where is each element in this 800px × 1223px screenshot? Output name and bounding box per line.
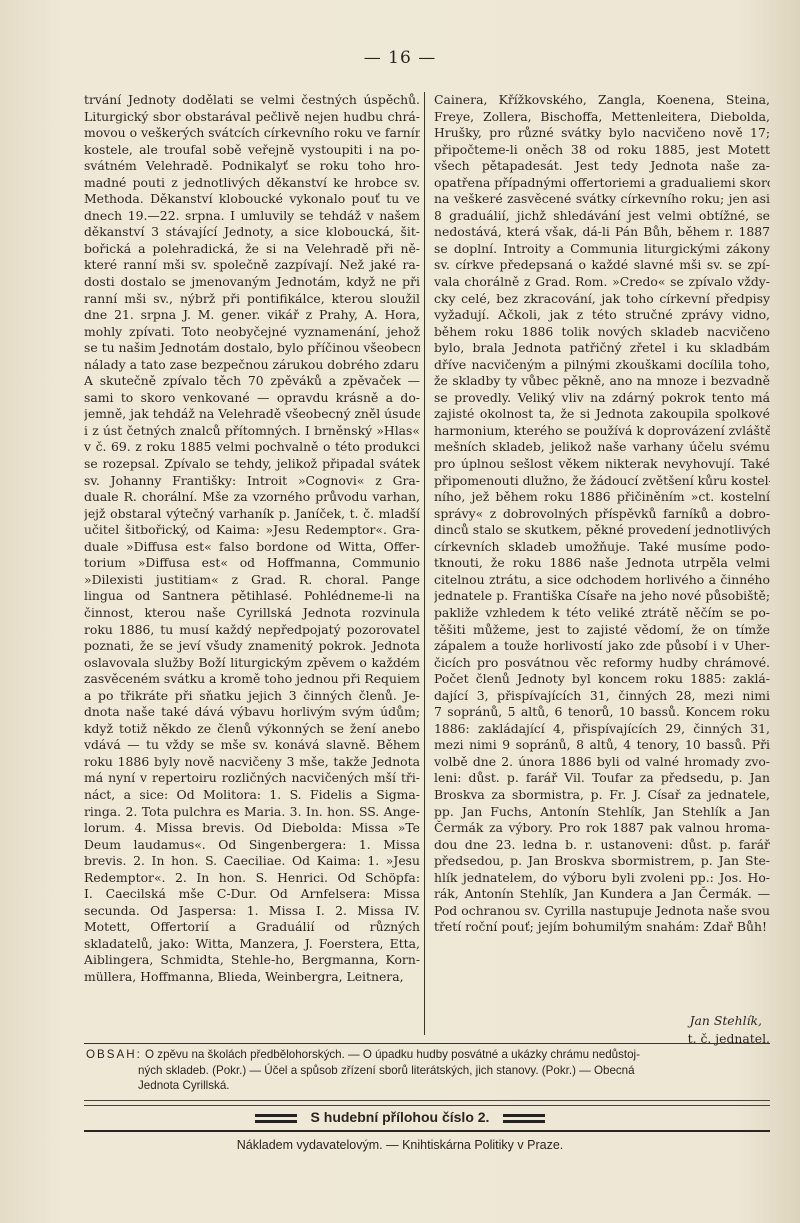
text-line: kostele, ale troufal sobě veřejně vystou… [84,142,420,159]
text-line: Motett, Offertorií a Graduálií od různýc… [84,919,420,936]
text-line: A skutečně zpívalo těch 70 zpěváků a zpě… [84,373,420,390]
text-line: správy« z dobrovolných příspěvků farníků… [434,506,770,523]
text-line: pro úplnou sešlost věkem nikterak nevyho… [434,456,770,473]
text-line: cky celé, bez zkracování, jak toho círke… [434,291,770,308]
text-line: má nyní v repertoiru rozličných nacvičen… [84,770,420,787]
text-line: trvání Jednoty dodělati se velmi čestnýc… [84,92,420,109]
text-line: se provedly. Veliký vliv na zdárný pokro… [434,390,770,407]
ornament-bars-left-icon [255,1114,297,1123]
text-line: Redemptor«. 2. In hon. S. Henrici. Od Sc… [84,870,420,887]
text-line: »Dilexisti justitiam« z Grad. R. choral.… [84,572,420,589]
text-line: jejž obstaral výtečný varhaník p. Janíče… [84,506,420,523]
text-line: ranní mši sv., nýbrž při pontifikálce, k… [84,291,420,308]
text-line: činnost, kterou naše Cyrillská Jednota r… [84,605,420,622]
text-line: I. Caecilská mše C-Dur. Od Arnfelsera: M… [84,886,420,903]
text-line: Hrušky, pro různé svátky bylo nacvičeno … [434,125,770,142]
text-line: roku 1886 byly nově nacvičeny 3 mše, tak… [84,754,420,771]
text-line: Freye, Zollera, Bischoffa, Mettenleitera… [434,109,770,126]
text-line: Počet členů Jednoty byl koncem roku 1885… [434,671,770,688]
imprint-rule [84,1130,770,1132]
text-line: dnech 19.—22. srpna. I umluvily se tehdá… [84,208,420,225]
text-line: se rozepsal. Zpívalo se tehdy, jelikož p… [84,456,420,473]
text-line: roku 1886, tu musí každý nepředpojatý po… [84,622,420,639]
text-line: Liturgický sbor obstarával pečlivě nejen… [84,109,420,126]
text-line: lingua od Santnera pětihlasé. Pohlédneme… [84,588,420,605]
text-line: sv. Johanny Františky: Introit »Cognovi«… [84,473,420,490]
text-line: dnota naše také dává výbavu horlivým svý… [84,704,420,721]
text-line: čicích pro posvátnou věc reformy hudby c… [434,655,770,672]
contents-line-1: O zpěvu na školách předbělohorských. — O… [145,1048,640,1061]
text-line: těšiti můžeme, jest to zajisté vědomí, ž… [434,622,770,639]
text-line: mohly zpívati. Toto neobyčejné vyznamená… [84,324,420,341]
text-line: nálady a tato zase bezpečnou zárukou dob… [84,357,420,374]
text-line: Methoda. Děkanství kloboucké vykonalo po… [84,191,420,208]
text-line: ního, jež během roku 1886 přičiněním »ct… [434,489,770,506]
text-line: předsedou, p. Jan Broskva sbormistrem, p… [434,853,770,870]
text-line: připočteme-li oněch 38 od roku 1885, jes… [434,142,770,159]
text-line: dosti dostalo se jmenovaným Jednotám, kd… [84,274,420,291]
article-body: trvání Jednoty dodělati se velmi čestnýc… [84,92,770,1037]
text-line: Cainera, Křížkovského, Zangla, Koenena, … [434,92,770,109]
contents-rule [84,1043,770,1044]
contents-label: OBSAH: [86,1048,142,1061]
contents-line-3: Jednota Cyrillská. [86,1078,770,1094]
text-line: děkanství 3 stávající Jednoty, a sice kl… [84,224,420,241]
text-line: vdává — tu vždy se mše sv. konává slavně… [84,737,420,754]
table-of-contents: OBSAH: O zpěvu na školách předbělohorský… [86,1047,770,1094]
text-line: tknouti, že roku 1886 naše Jednota utrpě… [434,555,770,572]
text-line: rák, Antonín Stehlík, Jan Kundera a Jan … [434,886,770,903]
text-line: opatřena případnými offertoriemi a gradu… [434,175,770,192]
text-line: i z úst četných znalců přítomných. I brn… [84,423,420,440]
text-line: se tu našim Jednotám dostalo, bylo příči… [84,340,420,357]
signature-title: t. č. jednatel. [610,1030,770,1048]
text-line: pp. Jan Fuchs, Antonín Stehlík, Jan Steh… [434,804,770,821]
text-line: náct, a sice: Od Molitora: 1. S. Fidelis… [84,787,420,804]
text-line: 7 sopránů, 5 altů, 6 tenorů, 10 bassů. K… [434,704,770,721]
text-line: dinců stalo se skutkem, pěkné provedení … [434,522,770,539]
text-line: že skladby ty vůbec pěkně, ano na mnoze … [434,373,770,390]
text-line: madné pouti z jednotlivých děkanství ke … [84,175,420,192]
text-line: leni: důst. p. farář Vil. Toufar za před… [434,770,770,787]
text-line: Čermák za výbory. Pro rok 1887 pak valno… [434,820,770,837]
text-line: hlík jednatelem, do výboru byli zvoleni … [434,870,770,887]
text-line: na veškeré zasvěcené svátky církevního r… [434,191,770,208]
text-line: svátném Velehradě. Podnikalyť se roku to… [84,158,420,175]
left-column: trvání Jednoty dodělati se velmi čestnýc… [84,92,420,986]
text-line: ringa. 2. Tota pulchra es Maria. 3. In. … [84,804,420,821]
text-line: mešních skladeb, jelikož naše varhany úč… [434,439,770,456]
text-line: které ranní mši sv. společně zazpívají. … [84,257,420,274]
text-line: secunda. Od Jaspersa: 1. Missa I. 2. Mis… [84,903,420,920]
text-line: zápalem a touže horlivostí jako zde půso… [434,638,770,655]
text-line: zajisté okolnost ta, že si Jednota zakou… [434,406,770,423]
text-line: jednatele p. Františka Císaře na jeho no… [434,588,770,605]
text-line: citelnou ztrátu, a sice odchodem horlivé… [434,572,770,589]
text-line: během roku 1886 tolik nových skladeb nac… [434,324,770,341]
text-line: nedostává, která však, dá-li Pán Bůh, bě… [434,224,770,241]
column-divider [424,92,425,1035]
text-line: učitel šitbořický, od Kaima: »Jesu Redem… [84,522,420,539]
text-line: poznati, že se jeví všudy znamenitý pokr… [84,638,420,655]
text-line: oslavovala služby Boží liturgickým zpěve… [84,655,420,672]
text-line: dou dne 23. ledna b. r. ustanoveni: důst… [434,837,770,854]
text-line: müllera, Hoffmanna, Blieda, Weinbergra, … [84,969,420,986]
printer-imprint: Nákladem vydavatelovým. — Knihtiskárna P… [0,1138,800,1152]
text-line: harmonium, kterého se používá k doprováz… [434,423,770,440]
text-line: Pod ochranou sv. Cyrilla nastupuje Jedno… [434,903,770,920]
right-column: Cainera, Křížkovského, Zangla, Koenena, … [434,92,770,936]
text-line: v č. 69. z roku 1885 velmi pochvalně o t… [84,439,420,456]
text-line: dající 3, přispívajících 31, činných 28,… [434,688,770,705]
text-line: Broskva za sbormistra, p. Fr. J. Císař z… [434,787,770,804]
text-line: třetí roční pouť; jejím bohumilým snahám… [434,919,770,936]
text-line: když totiž někdo ze členů výkonných se ž… [84,721,420,738]
text-line: skladatelů, jako: Witta, Manzera, J. Foe… [84,936,420,953]
text-line: dříve nacvičeným a pilnými zkouškami doc… [434,357,770,374]
text-line: připomenouti dlužno, že žádoucí zvětšení… [434,473,770,490]
text-line: movou o veškerých svátcích církevního ro… [84,125,420,142]
text-line: zasvěceném svátku a kromě toho jednou př… [84,671,420,688]
page-number: — 16 — [0,48,800,68]
text-line: volbě dne 2. února 1886 byli od valné hr… [434,754,770,771]
text-line: lorum. 4. Missa brevis. Od Diebolda: Mis… [84,820,420,837]
text-line: dne 21. srpna J. M. gener. vikář z Prahy… [84,307,420,324]
text-line: sv. církve předepsaná o každé slavné mši… [434,257,770,274]
text-line: Deum laudamus«. Od Singenbergera: 1. Mis… [84,837,420,854]
supplement-text: S hudební přílohou číslo 2. [311,1109,490,1125]
text-line: torium »Diffusa est« od Hoffmanna, Commu… [84,555,420,572]
text-line: bořická a polehradická, že si na Velehra… [84,241,420,258]
text-line: 1886: zakládající 4, přispívajících 29, … [434,721,770,738]
text-line: vyžadují. Ačkoli, jak z této stručné zpr… [434,307,770,324]
text-line: duale R. chorální. Mše za vzorného průvo… [84,489,420,506]
text-line: jemně, jak tehdáž na Velehradě všeobecný… [84,406,420,423]
text-line: pakliže vzhledem k této veliké ztrátě ně… [434,605,770,622]
text-line: a po třikráte při sňatku jejich 3 činnýc… [84,688,420,705]
music-supplement-notice: S hudební přílohou číslo 2. [0,1106,800,1128]
ornament-bars-right-icon [503,1114,545,1123]
text-line: bylo, brala Jednota patřičný zřetel i ku… [434,340,770,357]
text-line: vala chorálně z Grad. Rom. »Credo« se zp… [434,274,770,291]
contents-line-2: ných skladeb. (Pokr.) — Účel a spůsob zř… [86,1063,770,1079]
text-line: Aiblingera, Schmidta, Stehle-ho, Bergman… [84,952,420,969]
text-line: všech pětapadesát. Jest tedy Jednota naš… [434,158,770,175]
text-line: 8 graduálií, jichž shledávání jest velmi… [434,208,770,225]
text-line: se doplní. Introity a Communia liturgick… [434,241,770,258]
text-line: sami to skoro venkované — opravdu krásně… [84,390,420,407]
text-line: církevních skladeb umožňuje. Také musíme… [434,539,770,556]
text-line: duale »Diffusa est« falso bordone od Wit… [84,539,420,556]
text-line: brevis. 2. In hon. S. Caeciliae. Od Kaim… [84,853,420,870]
signature-name: Jan Stehlík, [610,1012,770,1030]
text-line: mezi nimi 9 sopránů, 8 altů, 4 tenory, 1… [434,737,770,754]
